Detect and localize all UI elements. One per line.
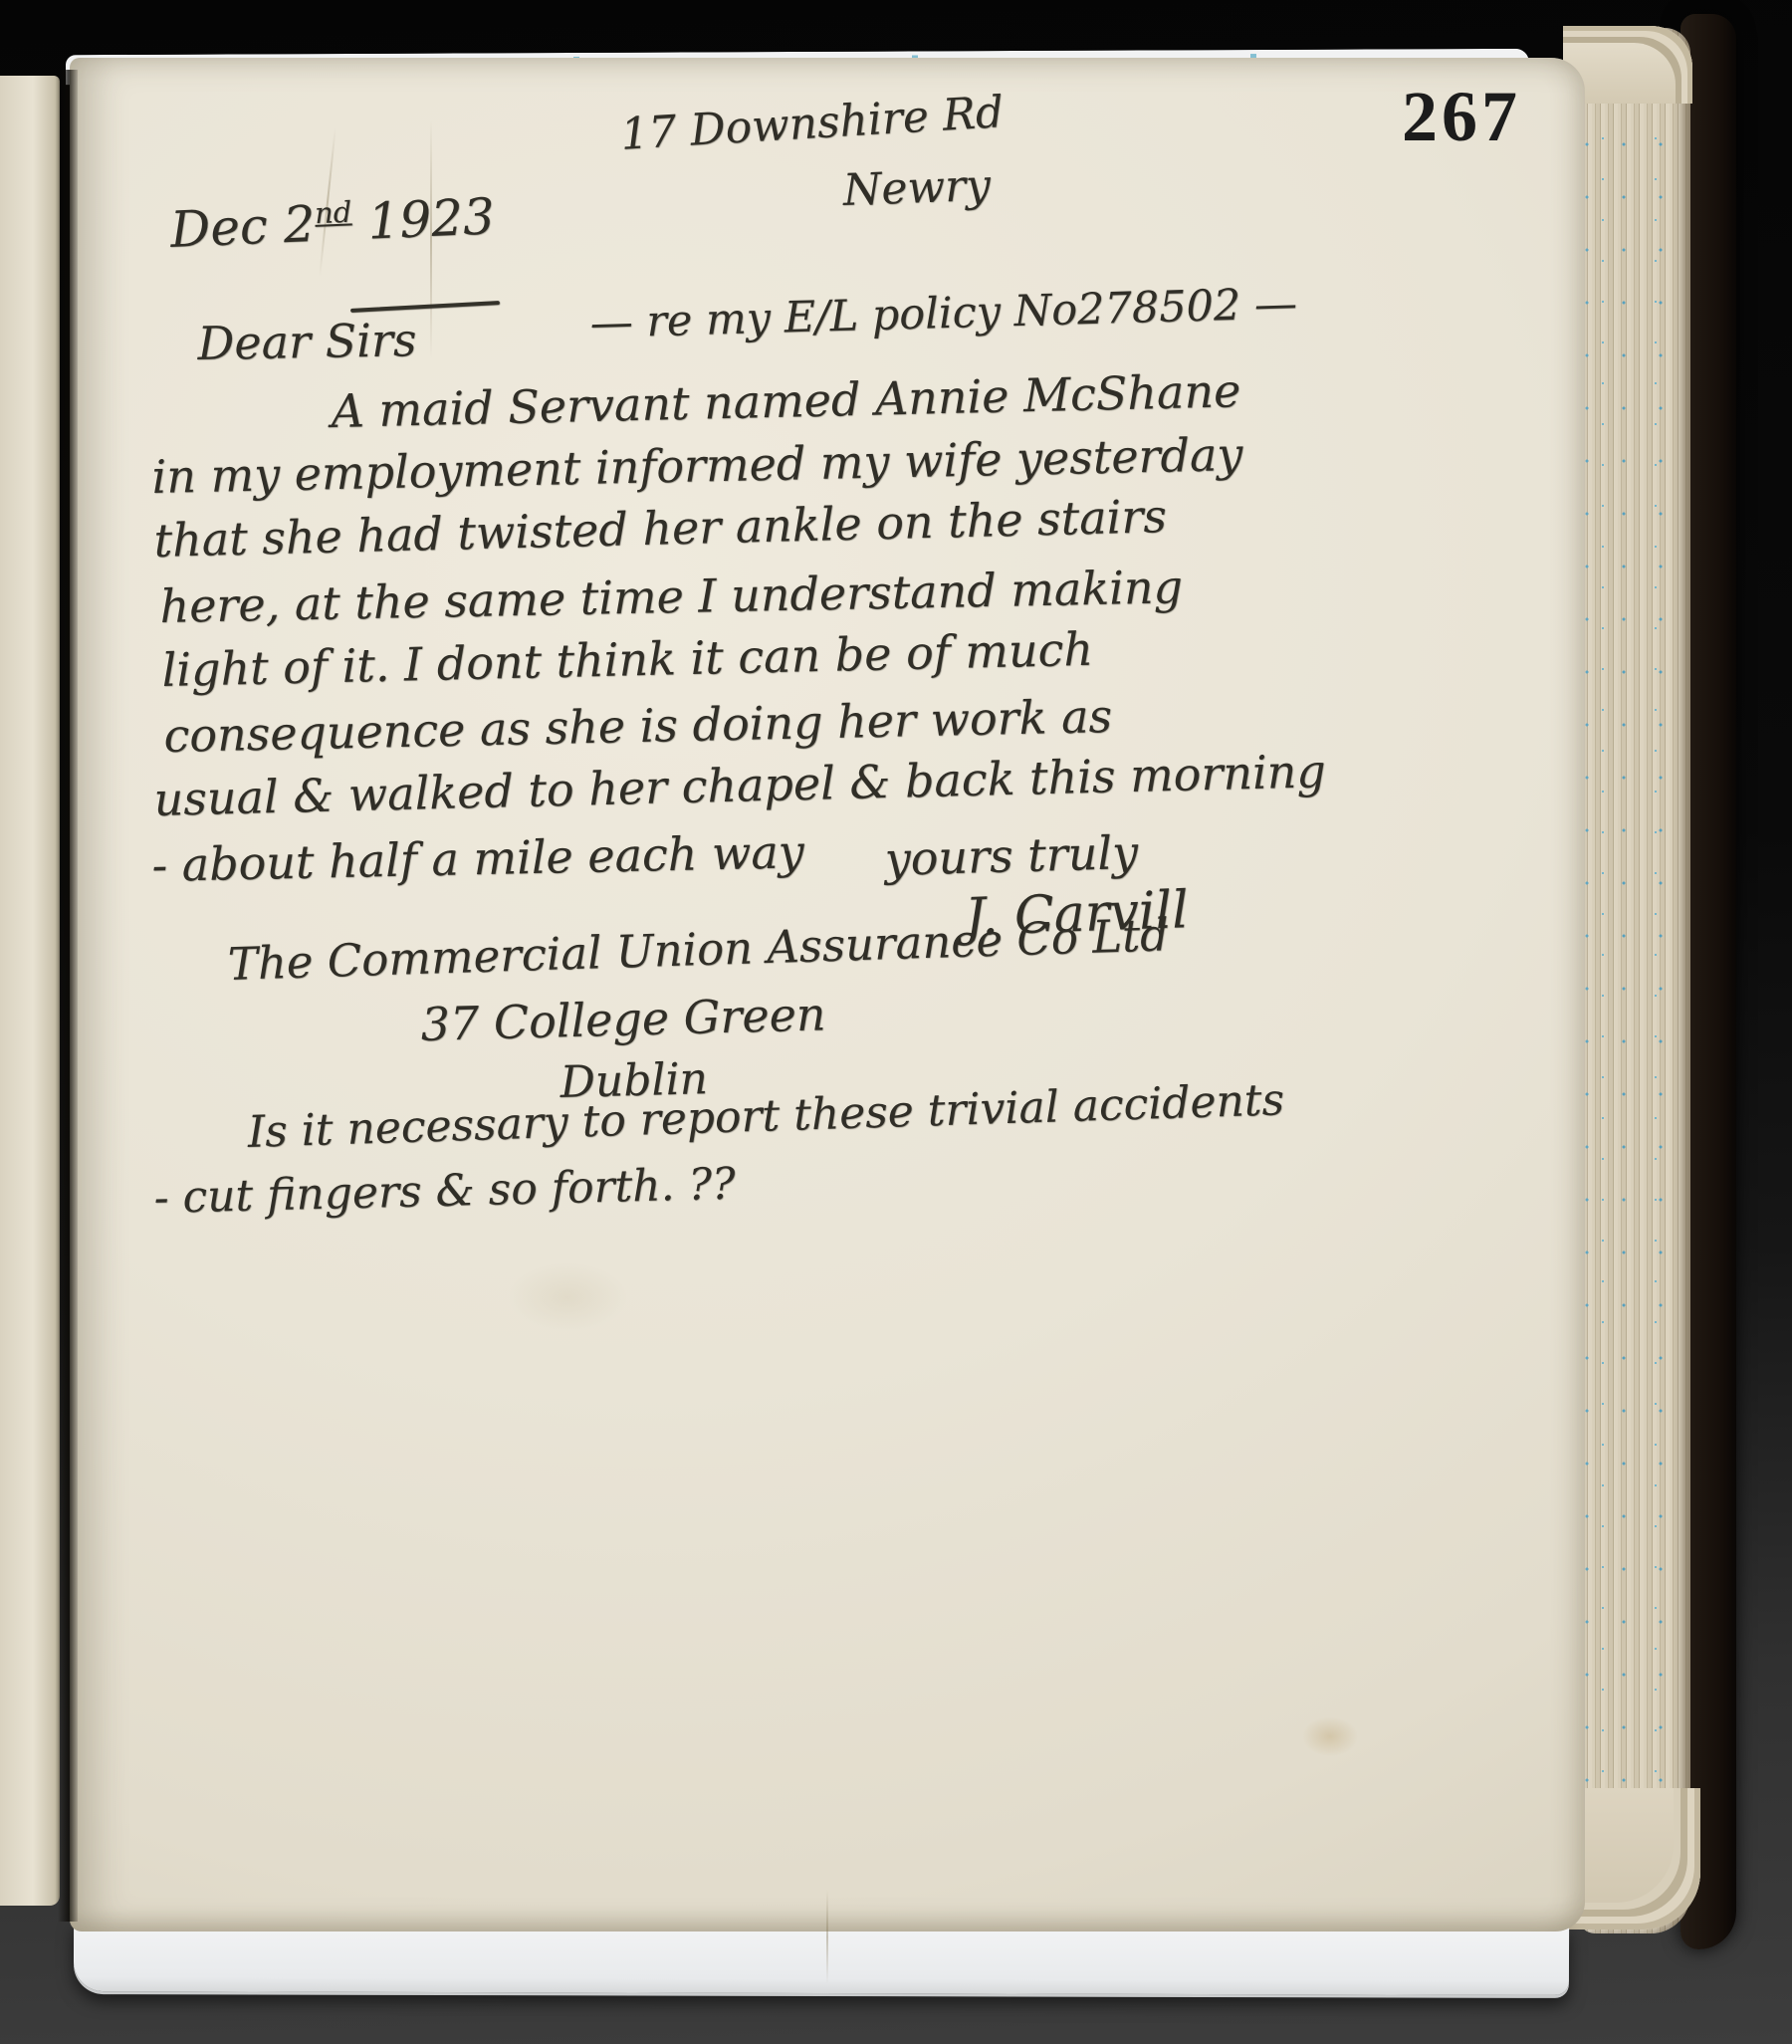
letter-date-day: Dec 2 bbox=[169, 195, 317, 259]
letter-addressee-line: 37 College Green bbox=[420, 987, 826, 1051]
letter-date-ordinal: nd bbox=[314, 195, 352, 231]
letter-salutation: Dear Sirs bbox=[197, 313, 417, 370]
gutter-shadow bbox=[58, 70, 78, 1922]
letter-date-year: 1923 bbox=[366, 187, 496, 250]
page-number: 267 bbox=[1402, 76, 1521, 158]
letter-address-line-2: Newry bbox=[842, 160, 992, 216]
facing-page-edge bbox=[0, 76, 60, 1906]
book-photo: 267 17 Downshire Rd Newry Dec 2nd 1923 D… bbox=[0, 0, 1792, 2044]
paper-stain bbox=[508, 1262, 627, 1332]
paper-stain bbox=[1302, 1716, 1358, 1756]
paper-crease bbox=[826, 1890, 828, 1984]
page-fore-edge-speckled bbox=[1579, 28, 1690, 1933]
letter-closing: yours truly bbox=[884, 825, 1139, 886]
